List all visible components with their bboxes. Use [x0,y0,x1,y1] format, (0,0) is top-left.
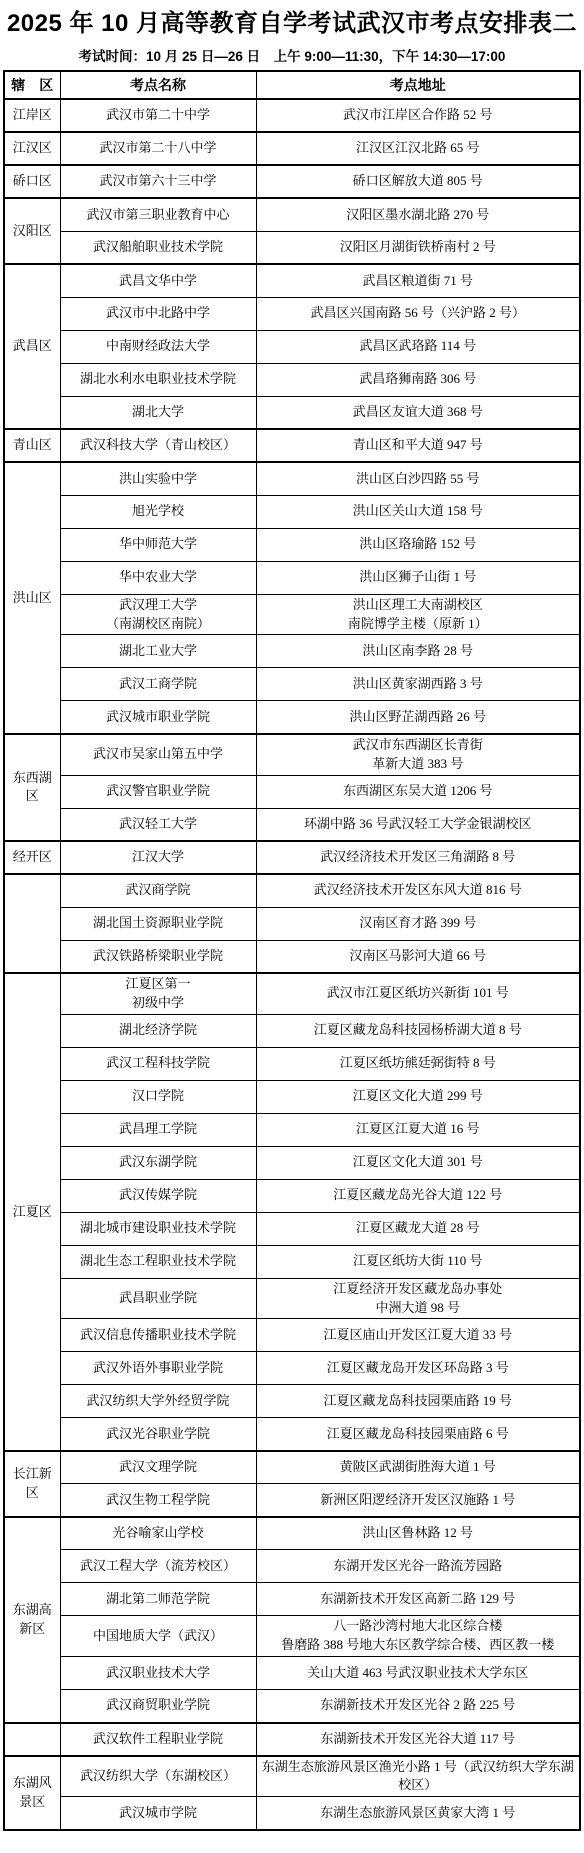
site-address-cell: 武昌珞狮南路 306 号 [256,363,580,396]
site-name-cell: 华中农业大学 [60,561,256,594]
site-name-cell: 武汉轻工大学 [60,808,256,841]
site-name-cell: 武汉商贸职业学院 [60,1690,256,1723]
site-name-cell: 江汉大学 [60,841,256,874]
site-name-cell: 武汉光谷职业学院 [60,1418,256,1451]
site-address-cell: 东湖生态旅游风景区黄家大湾 1 号 [256,1797,580,1830]
site-address-cell: 武昌区兴国南路 56 号（兴沪路 2 号） [256,297,580,330]
district-cell: 东西湖区 [4,734,60,841]
site-address-cell: 武昌区友谊大道 368 号 [256,396,580,429]
table-row: 武汉警官职业学院东西湖区东吴大道 1206 号 [4,775,580,808]
district-cell: 江夏区 [4,973,60,1451]
table-row: 东湖风景区武汉纺织大学（东湖校区）东湖生态旅游风景区渔光小路 1 号（武汉纺织大… [4,1756,580,1797]
site-address-cell: 东西湖区东吴大道 1206 号 [256,775,580,808]
site-name-cell: 湖北第二师范学院 [60,1583,256,1616]
table-row: 汉口学院江夏区文化大道 299 号 [4,1080,580,1113]
site-address-cell: 江夏区庙山开发区江夏大道 33 号 [256,1319,580,1352]
site-name-cell: 武汉商学院 [60,874,256,907]
table-row: 旭光学校洪山区关山大道 158 号 [4,495,580,528]
table-row: 湖北第二师范学院东湖新技术开发区高新二路 129 号 [4,1583,580,1616]
site-name-cell: 华中师范大学 [60,528,256,561]
site-address-cell: 汉阳区墨水湖北路 270 号 [256,198,580,231]
site-address-cell: 黄陂区武湖街胜海大道 1 号 [256,1451,580,1484]
site-address-cell: 江夏区藏龙岛科技园栗庙路 6 号 [256,1418,580,1451]
site-name-cell: 武汉科技大学（青山校区） [60,429,256,462]
site-name-cell: 湖北国土资源职业学院 [60,907,256,940]
table-row: 汉阳区武汉市第三职业教育中心汉阳区墨水湖北路 270 号 [4,198,580,231]
table-row: 武汉轻工大学环湖中路 36 号武汉轻工大学金银湖校区 [4,808,580,841]
site-name-cell: 武汉城市学院 [60,1797,256,1830]
site-address-cell: 洪山区理工大南湖校区 南院博学主楼（原新 1） [256,594,580,635]
table-row: 洪山区洪山实验中学洪山区白沙四路 55 号 [4,462,580,495]
site-name-cell: 武汉文理学院 [60,1451,256,1484]
site-address-cell: 江夏区藏龙岛开发区环岛路 3 号 [256,1352,580,1385]
exam-time-subtitle: 考试时间：10 月 25 日—26 日 上午 9:00—11:30，下午 14:… [3,45,581,65]
site-address-cell: 汉阳区月湖街铁桥南村 2 号 [256,231,580,264]
site-name-cell: 武汉警官职业学院 [60,775,256,808]
site-address-cell: 汉南区育才路 399 号 [256,907,580,940]
table-row: 中国地质大学（武汉）八一路沙湾村地大北区综合楼 鲁磨路 388 号地大东区教学综… [4,1616,580,1657]
site-name-cell: 武汉市中北路中学 [60,297,256,330]
site-name-cell: 武汉纺织大学外经贸学院 [60,1385,256,1418]
district-cell: 武昌区 [4,264,60,429]
district-cell: 青山区 [4,429,60,462]
site-name-cell: 汉口学院 [60,1080,256,1113]
table-row: 武汉生物工程学院新洲区阳逻经济开发区汉施路 1 号 [4,1484,580,1517]
table-row: 武昌理工学院江夏区江夏大道 16 号 [4,1113,580,1146]
site-name-cell: 武汉市第二十中学 [60,99,256,132]
site-name-cell: 武汉外语外事职业学院 [60,1352,256,1385]
table-header-row: 辖 区 考点名称 考点地址 [4,71,580,99]
site-name-cell: 武汉理工大学 （南湖校区南院） [60,594,256,635]
site-address-cell: 东湖新技术开发区光谷 2 路 225 号 [256,1690,580,1723]
site-name-cell: 中南财经政法大学 [60,330,256,363]
site-address-cell: 汉南区马影河大道 66 号 [256,940,580,973]
site-address-cell: 武昌区武珞路 114 号 [256,330,580,363]
table-row: 武汉工程大学（流芳校区）东湖开发区光谷一路流芳园路 [4,1550,580,1583]
site-address-cell: 武汉市江岸区合作路 52 号 [256,99,580,132]
site-name-cell: 武汉生物工程学院 [60,1484,256,1517]
table-row: 武汉工程科技学院江夏区纸坊熊廷弼街特 8 号 [4,1047,580,1080]
site-address-cell: 洪山区珞瑜路 152 号 [256,528,580,561]
site-address-cell: 武汉市江夏区纸坊兴新街 101 号 [256,973,580,1014]
site-address-cell: 东湖开发区光谷一路流芳园路 [256,1550,580,1583]
site-name-cell: 武昌职业学院 [60,1278,256,1319]
site-name-cell: 武汉市第六十三中学 [60,165,256,198]
table-row: 湖北城市建设职业技术学院江夏区藏龙大道 28 号 [4,1212,580,1245]
table-row: 武汉光谷职业学院江夏区藏龙岛科技园栗庙路 6 号 [4,1418,580,1451]
site-name-cell: 光谷喻家山学校 [60,1517,256,1550]
site-address-cell: 新洲区阳逻经济开发区汉施路 1 号 [256,1484,580,1517]
table-row: 华中农业大学洪山区狮子山街 1 号 [4,561,580,594]
exam-locations-table: 辖 区 考点名称 考点地址 江岸区武汉市第二十中学武汉市江岸区合作路 52 号江… [3,70,581,1831]
table-row: 武汉工商学院洪山区黄家湖西路 3 号 [4,668,580,701]
site-address-cell: 江夏区藏龙岛科技园杨桥湖大道 8 号 [256,1014,580,1047]
site-address-cell: 东湖生态旅游风景区渔光小路 1 号（武汉纺织大学东湖校区） [256,1756,580,1797]
table-row: 湖北国土资源职业学院汉南区育才路 399 号 [4,907,580,940]
site-name-cell: 湖北生态工程职业技术学院 [60,1245,256,1278]
site-address-cell: 关山大道 463 号武汉职业技术大学东区 [256,1657,580,1690]
site-name-cell: 武汉市第二十八中学 [60,132,256,165]
district-cell: 江岸区 [4,99,60,132]
table-row: 硚口区武汉市第六十三中学硚口区解放大道 805 号 [4,165,580,198]
table-row: 东西湖区武汉市吴家山第五中学武汉市东西湖区长青街 革新大道 383 号 [4,734,580,775]
site-address-cell: 武汉经济技术开发区三角湖路 8 号 [256,841,580,874]
table-row: 武汉传媒学院江夏区藏龙岛光谷大道 122 号 [4,1179,580,1212]
table-row: 湖北经济学院江夏区藏龙岛科技园杨桥湖大道 8 号 [4,1014,580,1047]
site-name-cell: 武汉工程大学（流芳校区） [60,1550,256,1583]
site-name-cell: 湖北大学 [60,396,256,429]
table-row: 武汉城市学院东湖生态旅游风景区黄家大湾 1 号 [4,1797,580,1830]
site-name-cell: 旭光学校 [60,495,256,528]
district-cell: 汉阳区 [4,198,60,264]
table-row: 武汉纺织大学外经贸学院江夏区藏龙岛科技园栗庙路 19 号 [4,1385,580,1418]
table-row: 中南财经政法大学武昌区武珞路 114 号 [4,330,580,363]
district-cell: 长江新区 [4,1451,60,1517]
header-district: 辖 区 [4,71,60,99]
site-name-cell: 江夏区第一 初级中学 [60,973,256,1014]
table-row: 江夏区江夏区第一 初级中学武汉市江夏区纸坊兴新街 101 号 [4,973,580,1014]
table-row: 武昌职业学院江夏经济开发区藏龙岛办事处 中洲大道 98 号 [4,1278,580,1319]
table-row: 青山区武汉科技大学（青山校区）青山区和平大道 947 号 [4,429,580,462]
exam-table-body: 江岸区武汉市第二十中学武汉市江岸区合作路 52 号江汉区武汉市第二十八中学江汉区… [4,99,580,1830]
site-address-cell: 洪山区关山大道 158 号 [256,495,580,528]
site-address-cell: 洪山区南李路 28 号 [256,635,580,668]
site-address-cell: 东湖新技术开发区光谷大道 117 号 [256,1723,580,1756]
table-row: 湖北大学武昌区友谊大道 368 号 [4,396,580,429]
site-address-cell: 东湖新技术开发区高新二路 129 号 [256,1583,580,1616]
site-address-cell: 环湖中路 36 号武汉轻工大学金银湖校区 [256,808,580,841]
site-name-cell: 武汉工程科技学院 [60,1047,256,1080]
site-address-cell: 江夏区藏龙岛光谷大道 122 号 [256,1179,580,1212]
site-address-cell: 洪山区狮子山街 1 号 [256,561,580,594]
site-address-cell: 江夏区纸坊熊廷弼街特 8 号 [256,1047,580,1080]
site-address-cell: 江夏区藏龙岛科技园栗庙路 19 号 [256,1385,580,1418]
header-site-name: 考点名称 [60,71,256,99]
site-name-cell: 武汉纺织大学（东湖校区） [60,1756,256,1797]
site-name-cell: 武汉城市职业学院 [60,701,256,734]
site-name-cell: 武昌理工学院 [60,1113,256,1146]
header-site-address: 考点地址 [256,71,580,99]
site-name-cell: 武汉职业技术大学 [60,1657,256,1690]
site-name-cell: 武汉市吴家山第五中学 [60,734,256,775]
site-address-cell: 青山区和平大道 947 号 [256,429,580,462]
site-address-cell: 江夏经济开发区藏龙岛办事处 中洲大道 98 号 [256,1278,580,1319]
site-address-cell: 江夏区文化大道 301 号 [256,1146,580,1179]
site-address-cell: 硚口区解放大道 805 号 [256,165,580,198]
site-address-cell: 江夏区藏龙大道 28 号 [256,1212,580,1245]
district-cell: 硚口区 [4,165,60,198]
exam-schedule-page: 2025 年 10 月高等教育自学考试武汉市考点安排表二 考试时间：10 月 2… [0,0,584,1841]
site-name-cell: 湖北城市建设职业技术学院 [60,1212,256,1245]
site-address-cell: 江夏区纸坊大街 110 号 [256,1245,580,1278]
page-title: 2025 年 10 月高等教育自学考试武汉市考点安排表二 [3,8,581,39]
table-row: 长江新区武汉文理学院黄陂区武湖街胜海大道 1 号 [4,1451,580,1484]
site-address-cell: 武昌区粮道街 71 号 [256,264,580,297]
site-address-cell: 江夏区文化大道 299 号 [256,1080,580,1113]
site-name-cell: 武昌文华中学 [60,264,256,297]
table-row: 武汉市中北路中学武昌区兴国南路 56 号（兴沪路 2 号） [4,297,580,330]
table-row: 武昌区武昌文华中学武昌区粮道街 71 号 [4,264,580,297]
site-name-cell: 武汉信息传播职业技术学院 [60,1319,256,1352]
site-name-cell: 武汉软件工程职业学院 [60,1723,256,1756]
table-row: 湖北生态工程职业技术学院江夏区纸坊大街 110 号 [4,1245,580,1278]
site-address-cell: 江汉区江汉北路 65 号 [256,132,580,165]
site-address-cell: 洪山区白沙四路 55 号 [256,462,580,495]
table-row: 江岸区武汉市第二十中学武汉市江岸区合作路 52 号 [4,99,580,132]
site-name-cell: 湖北经济学院 [60,1014,256,1047]
table-row: 武汉职业技术大学关山大道 463 号武汉职业技术大学东区 [4,1657,580,1690]
table-row: 武汉商贸职业学院东湖新技术开发区光谷 2 路 225 号 [4,1690,580,1723]
table-row: 武汉信息传播职业技术学院江夏区庙山开发区江夏大道 33 号 [4,1319,580,1352]
site-name-cell: 武汉铁路桥梁职业学院 [60,940,256,973]
site-address-cell: 江夏区江夏大道 16 号 [256,1113,580,1146]
table-row: 武汉城市职业学院洪山区野芷湖西路 26 号 [4,701,580,734]
table-row: 武汉东湖学院江夏区文化大道 301 号 [4,1146,580,1179]
table-row: 武汉铁路桥梁职业学院汉南区马影河大道 66 号 [4,940,580,973]
table-row: 东湖高新区光谷喻家山学校洪山区鲁林路 12 号 [4,1517,580,1550]
site-address-cell: 武汉市东西湖区长青街 革新大道 383 号 [256,734,580,775]
site-address-cell: 八一路沙湾村地大北区综合楼 鲁磨路 388 号地大东区教学综合楼、西区教一楼 [256,1616,580,1657]
table-row: 武汉商学院武汉经济技术开发区东风大道 816 号 [4,874,580,907]
site-address-cell: 武汉经济技术开发区东风大道 816 号 [256,874,580,907]
site-name-cell: 武汉市第三职业教育中心 [60,198,256,231]
site-name-cell: 武汉工商学院 [60,668,256,701]
table-row: 武汉船舶职业技术学院汉阳区月湖街铁桥南村 2 号 [4,231,580,264]
table-row: 江汉区武汉市第二十八中学江汉区江汉北路 65 号 [4,132,580,165]
district-cell: 东湖高新区 [4,1517,60,1723]
site-name-cell: 武汉传媒学院 [60,1179,256,1212]
district-cell: 经开区 [4,841,60,874]
site-name-cell: 湖北水利水电职业技术学院 [60,363,256,396]
district-cell [4,874,60,973]
site-address-cell: 洪山区野芷湖西路 26 号 [256,701,580,734]
table-row: 武汉软件工程职业学院东湖新技术开发区光谷大道 117 号 [4,1723,580,1756]
site-name-cell: 湖北工业大学 [60,635,256,668]
table-row: 华中师范大学洪山区珞瑜路 152 号 [4,528,580,561]
site-address-cell: 洪山区鲁林路 12 号 [256,1517,580,1550]
site-name-cell: 武汉船舶职业技术学院 [60,231,256,264]
district-cell: 东湖风景区 [4,1756,60,1830]
site-address-cell: 洪山区黄家湖西路 3 号 [256,668,580,701]
district-cell [4,1723,60,1756]
site-name-cell: 洪山实验中学 [60,462,256,495]
table-row: 经开区江汉大学武汉经济技术开发区三角湖路 8 号 [4,841,580,874]
table-row: 湖北水利水电职业技术学院武昌珞狮南路 306 号 [4,363,580,396]
district-cell: 洪山区 [4,462,60,734]
table-row: 武汉理工大学 （南湖校区南院）洪山区理工大南湖校区 南院博学主楼（原新 1） [4,594,580,635]
site-name-cell: 中国地质大学（武汉） [60,1616,256,1657]
table-row: 湖北工业大学洪山区南李路 28 号 [4,635,580,668]
site-name-cell: 武汉东湖学院 [60,1146,256,1179]
table-row: 武汉外语外事职业学院江夏区藏龙岛开发区环岛路 3 号 [4,1352,580,1385]
district-cell: 江汉区 [4,132,60,165]
